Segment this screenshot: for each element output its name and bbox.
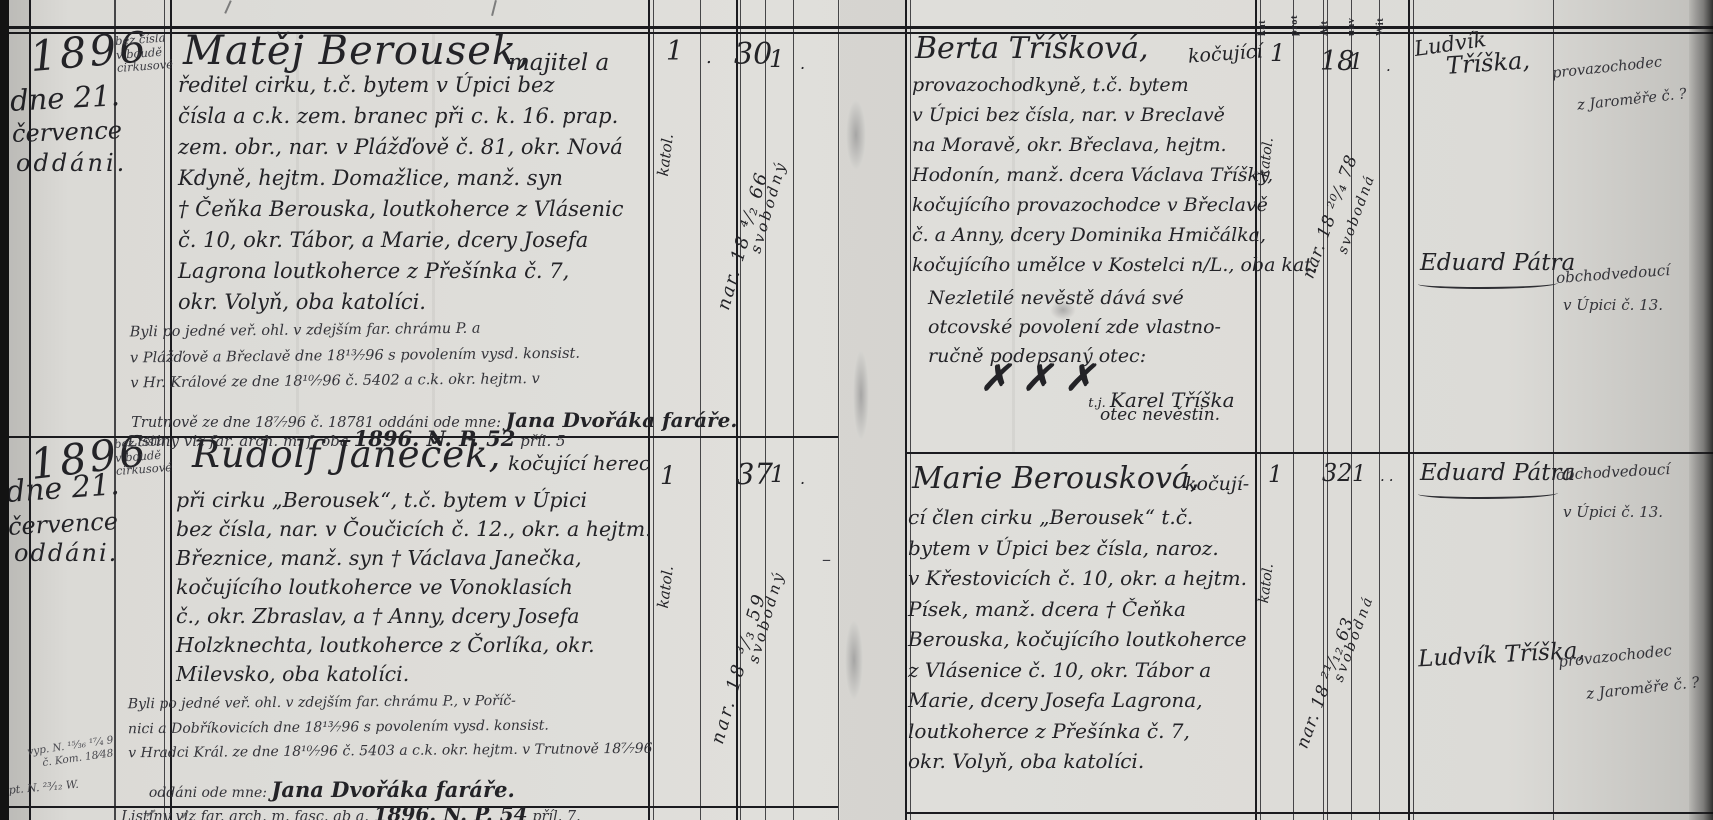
entry2-bride-single-mark: 1	[1352, 462, 1366, 487]
entry1-witness1-occupation: provazochodec	[1551, 54, 1662, 82]
page-left-edge	[0, 0, 9, 820]
entry2-bride-name: Marie Berousková,	[912, 462, 1199, 497]
entry1-bride-single-mark: 1	[1349, 50, 1363, 75]
entry1-bride-name: Berta Tříšková,	[915, 32, 1149, 67]
entry2-witness1-name: Eduard Pátra	[1420, 460, 1575, 486]
entry2-groom-single-mark: 1	[770, 462, 785, 488]
signature-flourish	[1418, 488, 1558, 499]
fold-smudge	[846, 100, 866, 170]
entry1-groom-catholic-mark: 1	[666, 36, 683, 67]
table-rule	[1408, 0, 1410, 820]
entry2-banns-note: Byli po jedné veř. ohl. v zdejším far. c…	[128, 688, 653, 766]
entry2-groom-name: Rudolf Janeček,	[192, 434, 501, 477]
table-rule	[905, 0, 907, 820]
entry1-event: oddáni.	[16, 150, 127, 178]
entry2-groom-religion-label: katol.	[655, 565, 677, 609]
table-rule	[765, 0, 766, 820]
entry1-banns-note: Byli po jedné veř. ohl. v zdejším far. c…	[130, 316, 581, 397]
entry2-bride-dots: ..	[1380, 468, 1398, 485]
entry1-witness2-origin: v Úpici č. 13.	[1563, 297, 1663, 314]
table-rule	[1413, 0, 1414, 820]
entry2-archive-ref: 1896. N. P. 54	[374, 802, 528, 820]
pen-tail-mark	[224, 0, 232, 14]
entry2-archive-post: příl. 7.	[528, 809, 581, 820]
entry2-witness1-origin: v Úpici č. 13.	[1563, 504, 1663, 521]
page-edge-shading	[9, 0, 30, 820]
signature-flourish	[1418, 278, 1558, 289]
entry1-witness1-name-line2: Tříška,	[1445, 47, 1531, 80]
fold-smudge	[845, 620, 863, 700]
page-right-edge	[1689, 0, 1713, 820]
entry2-residence-note: bez čísla v boudě cirkusové	[114, 434, 173, 478]
entry2-archive-line: Listiny viz far. arch. m. fasc. ab a. 18…	[112, 786, 581, 820]
column-header-protestant: prot	[1289, 15, 1300, 36]
entry1-witness1-origin: z Jaroměře č. ?	[1576, 86, 1687, 114]
entry2-groom-body: při cirku „Berousek“, t.č. bytem v Úpici…	[176, 486, 652, 689]
entry1-groom-single-mark: 1	[769, 46, 784, 74]
table-rule	[1553, 0, 1554, 820]
entry1-groom-name: Matěj Berousek,	[183, 28, 531, 74]
table-rule	[1379, 0, 1380, 820]
entry2-margin-note: vyp. N. ¹⁵⁄₃₆ ¹⁷⁄₄ 9 č. Kom. 18⁄48	[27, 734, 117, 772]
entry2-groom-dot: .	[800, 470, 805, 488]
entry1-groom-religion-label: katol.	[655, 133, 677, 177]
entry2-groom-catholic-mark: 1	[660, 462, 676, 491]
register-scan: { "header": { "labels": ["kat", "prot", …	[0, 0, 1713, 820]
entry1-bride-catholic-mark: 1	[1270, 40, 1285, 68]
column-header-unmarried: unv	[1346, 18, 1357, 36]
entry2-witness2-origin: z Jaroměře č. ?	[1585, 674, 1700, 703]
entry2-archive-pre: Listiny viz far. arch. m. fasc. ab a.	[121, 809, 373, 820]
column-header-widowed: Wit	[1375, 18, 1386, 36]
table-rule	[793, 0, 794, 820]
entry1-groom-dot2: .	[800, 55, 805, 73]
gutter-dash-mark: –	[822, 550, 831, 571]
entry2-bride-body: cí člen cirku „Berousek“ t.č. bytem v Úp…	[908, 502, 1247, 777]
entry1-consent-sig-role: otec nevěstin.	[1100, 406, 1220, 426]
fold-smudge	[853, 350, 869, 440]
entry1-groom-body: ředitel cirku, t.č. bytem v Úpici bez čí…	[178, 70, 623, 318]
row-divider-right	[905, 452, 1713, 454]
entry1-groom-age: 30	[734, 38, 772, 73]
table-rule	[1351, 0, 1352, 820]
entry2-bride-religion-label: katol.	[1256, 563, 1277, 604]
entry2-bride-intro: kočují-	[1185, 474, 1249, 496]
entry1-bride-dot: .	[1386, 58, 1391, 75]
column-header-age: Alt	[1319, 21, 1330, 37]
column-header-katolik: kat	[1257, 20, 1268, 36]
table-rule	[838, 0, 839, 820]
entry2-bride-catholic-mark: 1	[1268, 462, 1283, 488]
pen-tail-mark	[491, 0, 497, 16]
entry1-groom-dot: .	[706, 48, 712, 69]
entry1-residence-note: bez čísla v boudě cirkusové	[115, 31, 174, 75]
entry1-archive-post: příl. 5	[515, 432, 565, 450]
entry2-groom-age: 37	[736, 458, 773, 491]
bottom-rule-right	[905, 812, 1713, 814]
entry1-witness2-name: Eduard Pátra	[1420, 250, 1575, 276]
entry1-bride-intro: kočující	[1187, 41, 1263, 68]
entry2-witness1-occupation: obchodvedoucí	[1556, 461, 1671, 484]
entry2-bride-age: 32	[1322, 460, 1353, 488]
entry2-groom-intro: kočující herec	[508, 452, 650, 475]
